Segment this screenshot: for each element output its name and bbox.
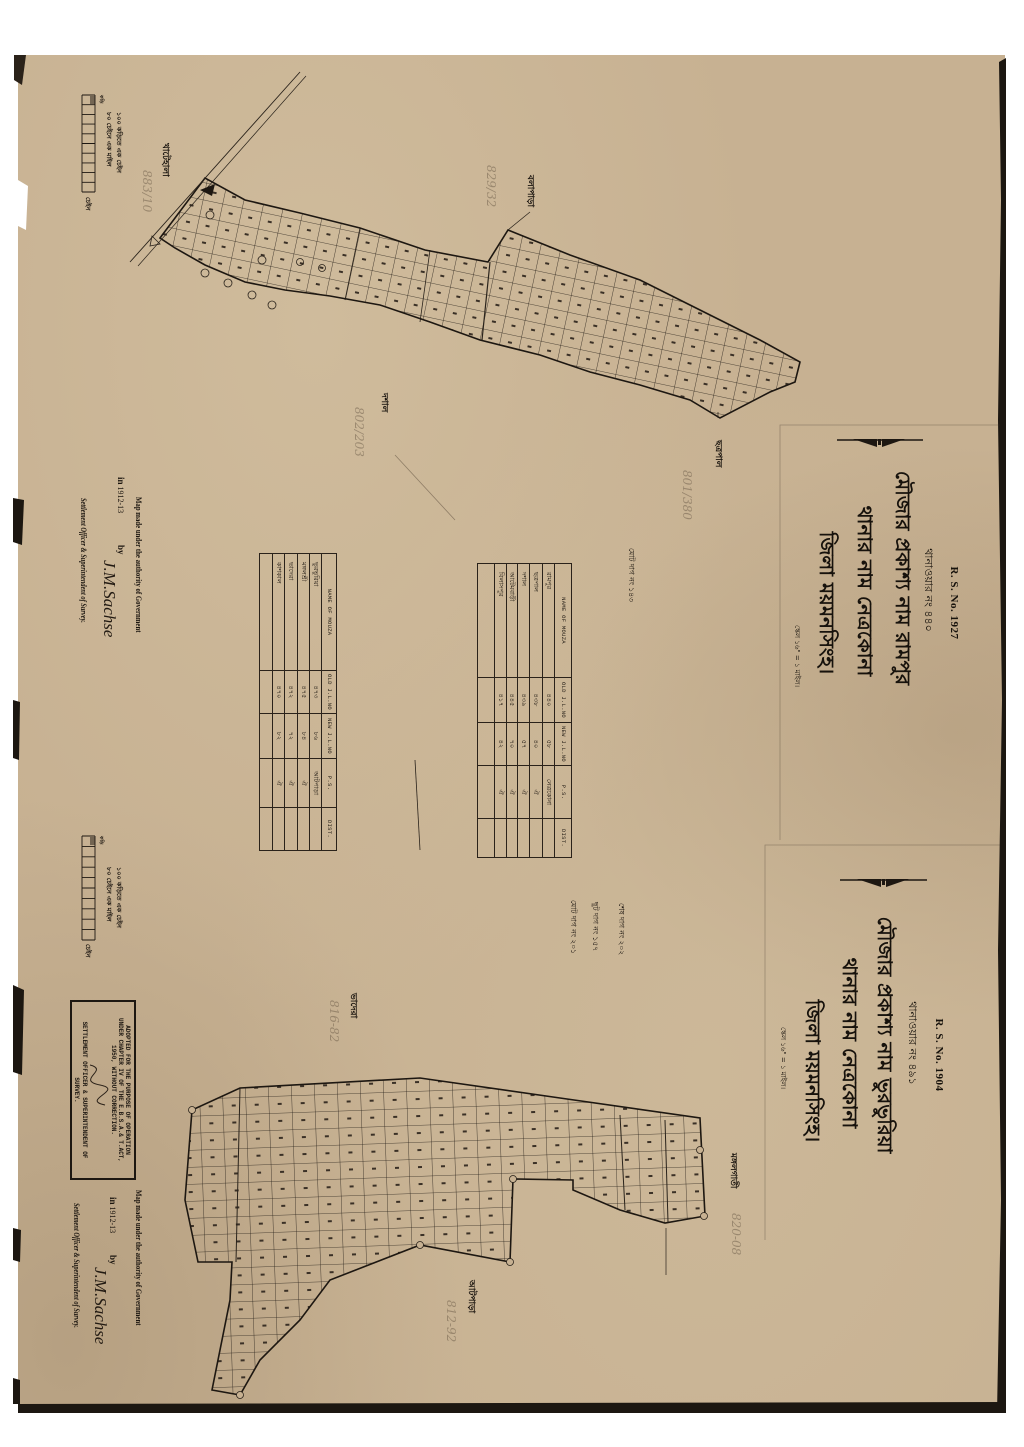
table-cell: ৪৩৯ bbox=[518, 678, 530, 723]
table-cell bbox=[478, 766, 495, 819]
table-cell: ৪৭২ bbox=[285, 671, 298, 714]
table-row: ভাদেরা ৪৭২ ৭২ ঐ bbox=[285, 554, 298, 851]
scale-bar-ladder-upper bbox=[82, 95, 95, 192]
officer-signature: J.M.Sachse bbox=[92, 1267, 109, 1344]
table-cell: ৪৭৫ bbox=[298, 671, 310, 714]
stamp-line: 1950, WITHOUT CORRECTION. bbox=[110, 1002, 116, 1178]
boundary-label: ছত্রপাল bbox=[713, 440, 722, 468]
plot-summary: মোট দাগ নং ২০১ bbox=[570, 900, 578, 954]
pencil-note: 816-82 bbox=[328, 1000, 340, 1042]
table-cell: বিলাসপুর bbox=[495, 564, 507, 678]
lower-mouza-name: মৌজার প্রকাশ্য নাম ভুরভুরিয়া bbox=[875, 885, 895, 1185]
table-row: বিলাসপুর ৪১৭ ৪২ ঐ bbox=[495, 564, 507, 858]
table-header: NEW J.L.NO bbox=[555, 723, 572, 766]
table-cell bbox=[298, 808, 310, 851]
table-cell bbox=[507, 819, 518, 858]
table-header-row: NAME OF MOUZA OLD J.L.NO NEW J.L.NO P.S.… bbox=[555, 564, 572, 858]
table-cell bbox=[260, 554, 273, 671]
upper-thana-name: থানার নাম নেত্রকোনা bbox=[855, 441, 875, 741]
table-cell: ৭০ bbox=[507, 723, 518, 766]
table-header: DIST. bbox=[322, 808, 337, 851]
table-header: NAME OF MOUZA bbox=[555, 564, 572, 678]
lower-rs-number: R. S. No. 1904 bbox=[933, 905, 944, 1205]
table-cell: ছত্রপাল bbox=[530, 564, 543, 678]
table-cell bbox=[260, 759, 273, 808]
table-cell: মঙ্গলশ্রী bbox=[298, 554, 310, 671]
officer-signature: J.M.Sachse bbox=[101, 560, 118, 637]
table-cell: ঐ bbox=[518, 766, 530, 819]
table-row: কাশকাল ৪৭০ ৮২ ঐ bbox=[273, 554, 285, 851]
plot-summary: ছুট দাগ নং ১৫৭ bbox=[592, 902, 600, 951]
plot-summary: শেষ দাগ নং ২০২ bbox=[618, 903, 626, 955]
table-header: P.S. bbox=[555, 766, 572, 819]
boundary-label: বলাপাড়া bbox=[525, 175, 534, 207]
table-cell: ৫৭ bbox=[518, 723, 530, 766]
stamp-line: SETTLEMENT OFFICER & SUPERINTENDENT OF bbox=[81, 1002, 87, 1178]
table-header: OLD J.L.NO bbox=[555, 678, 572, 723]
table-row: রামপুর ৪৪০ ৫৮ নেত্রকোনা bbox=[543, 564, 555, 858]
scale-bar-unit-top: কড়ি bbox=[98, 836, 103, 845]
pencil-note: 812-92 bbox=[445, 1300, 457, 1342]
table-header: OLD J.L.NO bbox=[322, 671, 337, 714]
table-cell bbox=[478, 819, 495, 858]
table-cell bbox=[530, 819, 543, 858]
scale-bar-line1: ১০০ কড়িতে এক চেইন bbox=[116, 867, 123, 928]
table-row: ভুরভুরিয়া ৪৭৩ ৮৬ আটপাড়া bbox=[310, 554, 322, 851]
table-cell: আটেমবাড়ী bbox=[507, 564, 518, 678]
table-cell: ৪১৭ bbox=[495, 678, 507, 723]
scale-bar-line2: ৮০ চেইনে এক মাইল bbox=[106, 112, 113, 166]
table-cell: ঐ bbox=[530, 766, 543, 819]
authority-note-year-value: 1912-13 bbox=[108, 1207, 117, 1234]
table-cell: ৪৪৫ bbox=[507, 678, 518, 723]
table-cell bbox=[260, 714, 273, 759]
stamp-line: SURVEY. bbox=[73, 1002, 79, 1178]
table-header: P.S. bbox=[322, 759, 337, 808]
scale-bar-unit-bottom: চেইন bbox=[85, 944, 92, 957]
lower-district: জিলা ময়মনসিংহ। bbox=[803, 921, 823, 1221]
table-cell: ৪৩৮ bbox=[530, 678, 543, 723]
plot-summary: মোট দাগ নং ১৪৩ bbox=[628, 548, 636, 602]
table-cell bbox=[310, 808, 322, 851]
authority-note-year: in 1912-13 bbox=[108, 1197, 117, 1233]
table-cell: কাশকাল bbox=[273, 554, 285, 671]
table-cell bbox=[260, 808, 273, 851]
adoption-stamp: ADOPTED FOR THE PURPOSE OF OPERATION UND… bbox=[70, 1000, 136, 1180]
map-sheet-landscape: R. S. No. 1927 থানাওয়ার নং ৪৪০ মৌজার প্… bbox=[18, 55, 1005, 1410]
upper-rs-number: R. S. No. 1927 bbox=[948, 453, 959, 753]
scale-bar-unit-top: কড়ি bbox=[98, 95, 103, 104]
table-cell: নেত্রকোনা bbox=[543, 766, 555, 819]
table-cell: ঐ bbox=[507, 766, 518, 819]
table-cell: ৭২ bbox=[285, 714, 298, 759]
table-row: ছত্রপাল ৪৩৮ ৪০ ঐ bbox=[530, 564, 543, 858]
table-row-empty bbox=[260, 554, 273, 851]
authority-note-year-value: 1912-13 bbox=[116, 487, 125, 514]
lower-map-scale: স্কেল ১৬" = ১ মাইল। bbox=[779, 908, 786, 1208]
table-cell: ৫৮ bbox=[543, 723, 555, 766]
pencil-note: 883/10 bbox=[141, 170, 153, 212]
officer-title: Settlement Officer & Superintendent of S… bbox=[72, 1203, 80, 1328]
scale-bar-line1: ১০০ কড়িতে এক চেইন bbox=[116, 112, 123, 173]
table-cell bbox=[543, 819, 555, 858]
authority-note-line: Map made under the authority of Governme… bbox=[135, 1190, 144, 1326]
table-cell: রামপুর bbox=[543, 564, 555, 678]
table-cell bbox=[260, 671, 273, 714]
authority-note-in: in bbox=[108, 1197, 118, 1205]
pencil-note: 802/203 bbox=[353, 407, 365, 457]
table-header: NEW J.L.NO bbox=[322, 714, 337, 759]
authority-note-by: by bbox=[108, 1255, 117, 1265]
pencil-note: 820-08 bbox=[730, 1213, 742, 1255]
table-cell: ভুরভুরিয়া bbox=[310, 554, 322, 671]
boundary-label: মঙ্গলগাতী bbox=[728, 1153, 737, 1189]
authority-note-in: in bbox=[116, 477, 126, 485]
table-cell: ঐ bbox=[298, 759, 310, 808]
boundary-label: আটপাড়া bbox=[466, 1280, 475, 1313]
table-cell bbox=[285, 808, 298, 851]
upper-map-scale: স্কেল ১৬" = ১ মাইল। bbox=[793, 506, 800, 806]
lower-mouza-table: NAME OF MOUZA OLD J.L.NO NEW J.L.NO P.S.… bbox=[259, 553, 337, 851]
authority-note-year: in 1912-13 bbox=[116, 477, 125, 513]
table-cell: ভাদেরা bbox=[285, 554, 298, 671]
stamp-line: UNDER CHAPTER IV OF THE E.B.S.A.& T.ACT, bbox=[117, 1002, 123, 1178]
table-cell bbox=[478, 678, 495, 723]
table-cell: ঐ bbox=[273, 759, 285, 808]
pencil-note: 801/380 bbox=[681, 470, 693, 520]
table-header: DIST. bbox=[555, 819, 572, 858]
table-cell: ৪০ bbox=[530, 723, 543, 766]
table-cell: ঐ bbox=[495, 766, 507, 819]
authority-note-by: by bbox=[116, 545, 125, 555]
scale-bar-ladder-lower bbox=[82, 836, 95, 940]
table-cell: ৪৭০ bbox=[273, 671, 285, 714]
boundary-label: খাটেহালা bbox=[160, 143, 169, 177]
lower-thana-name: থানার নাম নেত্রকোনা bbox=[840, 893, 860, 1193]
scale-bar-line2: ৮০ চেইনে এক মাইল bbox=[106, 867, 113, 921]
table-cell: ৮৬ bbox=[310, 714, 322, 759]
upper-mouza-name: মৌজার প্রকাশ্য নাম রামপুর bbox=[893, 428, 913, 728]
table-cell bbox=[495, 819, 507, 858]
stamp-line: ADOPTED FOR THE PURPOSE OF OPERATION bbox=[124, 1002, 130, 1178]
boundary-label: দশাল bbox=[379, 393, 388, 412]
scale-bar-unit-bottom: চেইন bbox=[85, 197, 92, 210]
pencil-note: 829/32 bbox=[485, 165, 497, 207]
table-row: দশাল ৪৩৯ ৫৭ ঐ bbox=[518, 564, 530, 858]
table-header-row: NAME OF MOUZA OLD J.L.NO NEW J.L.NO P.S.… bbox=[322, 554, 337, 851]
table-cell: ঐ bbox=[285, 759, 298, 808]
table-cell: আটপাড়া bbox=[310, 759, 322, 808]
authority-note-line: Map made under the authority of Governme… bbox=[135, 497, 144, 633]
upper-district: জিলা ময়মনসিংহ। bbox=[817, 453, 837, 753]
table-header: NAME OF MOUZA bbox=[322, 554, 337, 671]
table-cell bbox=[478, 723, 495, 766]
table-cell bbox=[478, 564, 495, 678]
lower-thana-number: থানাওয়ার নং ৪৯১ bbox=[907, 893, 918, 1193]
table-cell bbox=[518, 819, 530, 858]
table-row: আটেমবাড়ী ৪৪৫ ৭০ ঐ bbox=[507, 564, 518, 858]
table-cell: ৪৪০ bbox=[543, 678, 555, 723]
table-cell: ৮২ bbox=[273, 714, 285, 759]
table-cell: ৪৭৩ bbox=[310, 671, 322, 714]
table-cell: দশাল bbox=[518, 564, 530, 678]
table-row-empty bbox=[478, 564, 495, 858]
officer-title: Settlement Officer & Superintendent of S… bbox=[79, 498, 87, 623]
table-cell bbox=[273, 808, 285, 851]
boundary-label: ভাদেরা bbox=[348, 993, 357, 1018]
table-row: মঙ্গলশ্রী ৪৭৫ ৮৪ ঐ bbox=[298, 554, 310, 851]
table-cell: ৪২ bbox=[495, 723, 507, 766]
table-cell: ৮৪ bbox=[298, 714, 310, 759]
upper-thana-number: থানাওয়ার নং ৪৪০ bbox=[923, 440, 934, 740]
upper-mouza-table: NAME OF MOUZA OLD J.L.NO NEW J.L.NO P.S.… bbox=[477, 563, 572, 858]
